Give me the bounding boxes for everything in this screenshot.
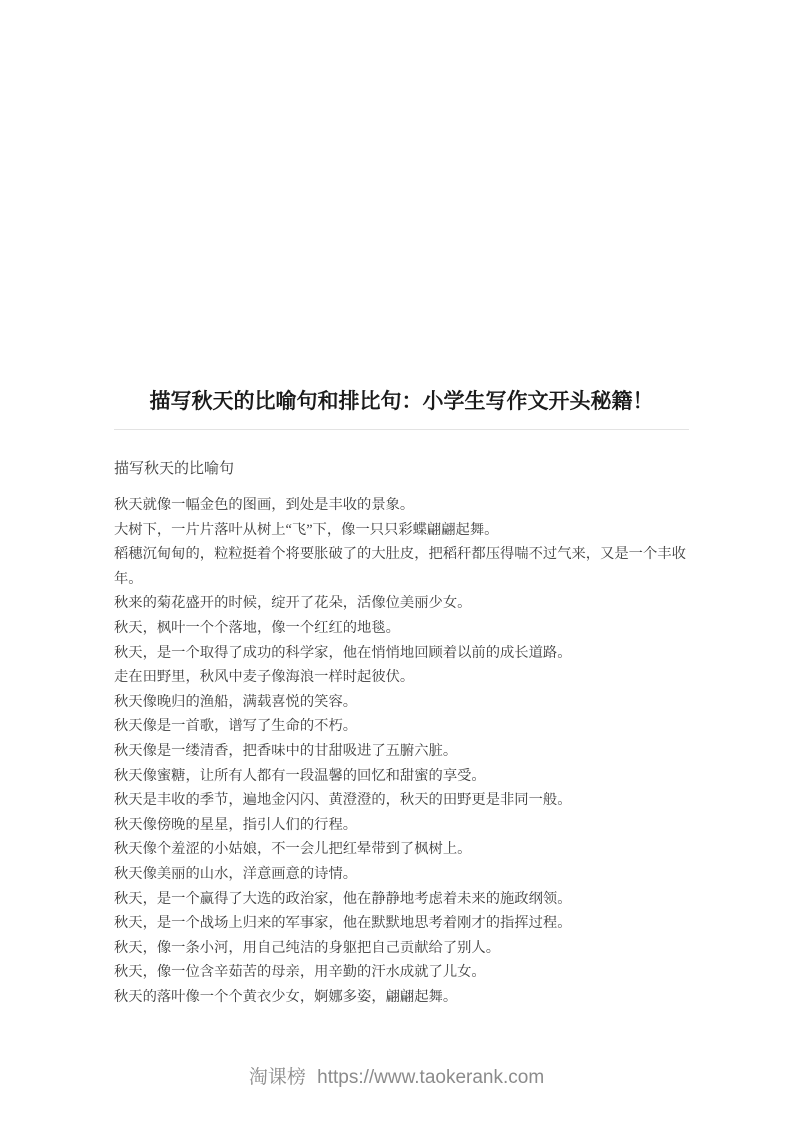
sentence-line: 秋天，是一个取得了成功的科学家，他在悄悄地回顾着以前的成长道路。 (114, 641, 689, 666)
sentence-line: 秋天，枫叶一个个落地，像一个红红的地毯。 (114, 616, 689, 641)
title-divider (114, 429, 689, 430)
sentence-line: 秋天像傍晚的星星，指引人们的行程。 (114, 813, 689, 838)
sentence-line: 秋天，像一条小河，用自己纯洁的身躯把自己贡献给了别人。 (114, 936, 689, 961)
sentence-line: 大树下，一片片落叶从树上“飞”下，像一只只彩蝶翩翩起舞。 (114, 518, 689, 543)
footer-site-name: 淘课榜 (249, 1067, 306, 1088)
sentence-line: 秋天，是一个战场上归来的军事家，他在默默地思考着刚才的指挥过程。 (114, 911, 689, 936)
sentence-line: 秋天，像一位含辛茹苦的母亲，用辛勤的汗水成就了儿女。 (114, 960, 689, 985)
sentence-line: 秋来的菊花盛开的时候，绽开了花朵，活像位美丽少女。 (114, 591, 689, 616)
sentence-line: 秋天像晚归的渔船，满载喜悦的笑容。 (114, 690, 689, 715)
sentence-line: 稻穗沉甸甸的，粒粒挺着个将要胀破了的大肚皮，把稻秆都压得喘不过气来，又是一个丰收… (114, 542, 689, 591)
sentence-line: 秋天像是一首歌，谱写了生命的不朽。 (114, 714, 689, 739)
sentence-line: 秋天是丰收的季节，遍地金闪闪、黄澄澄的，秋天的田野更是非同一般。 (114, 788, 689, 813)
sentence-line: 秋天像个羞涩的小姑娘，不一会儿把红晕带到了枫树上。 (114, 837, 689, 862)
sentence-line: 秋天就像一幅金色的图画，到处是丰收的景象。 (114, 493, 689, 518)
sentence-line: 秋天像美丽的山水，洋意画意的诗情。 (114, 862, 689, 887)
page-footer: 淘课榜 https://www.taokerank.com (0, 1066, 793, 1090)
page: { "doc": { "title": "描写秋天的比喻句和排比句：小学生写作文… (0, 0, 793, 1122)
sentence-line: 秋天像蜜糖，让所有人都有一段温馨的回忆和甜蜜的享受。 (114, 764, 689, 789)
article-title: 描写秋天的比喻句和排比句：小学生写作文开头秘籍！ (114, 388, 689, 414)
article: 描写秋天的比喻句和排比句：小学生写作文开头秘籍！ 描写秋天的比喻句 秋天就像一幅… (114, 388, 689, 1009)
sentence-line: 走在田野里，秋风中麦子像海浪一样时起彼伏。 (114, 665, 689, 690)
sentence-list: 秋天就像一幅金色的图画，到处是丰收的景象。大树下，一片片落叶从树上“飞”下，像一… (114, 493, 689, 1009)
sentence-line: 秋天的落叶像一个个黄衣少女，婀娜多姿，翩翩起舞。 (114, 985, 689, 1010)
sentence-line: 秋天像是一缕清香，把香味中的甘甜吸进了五腑六脏。 (114, 739, 689, 764)
sentence-line: 秋天，是一个赢得了大选的政治家，他在静静地考虑着未来的施政纲领。 (114, 887, 689, 912)
section-heading: 描写秋天的比喻句 (114, 461, 689, 478)
footer-url[interactable]: https://www.taokerank.com (317, 1067, 544, 1088)
